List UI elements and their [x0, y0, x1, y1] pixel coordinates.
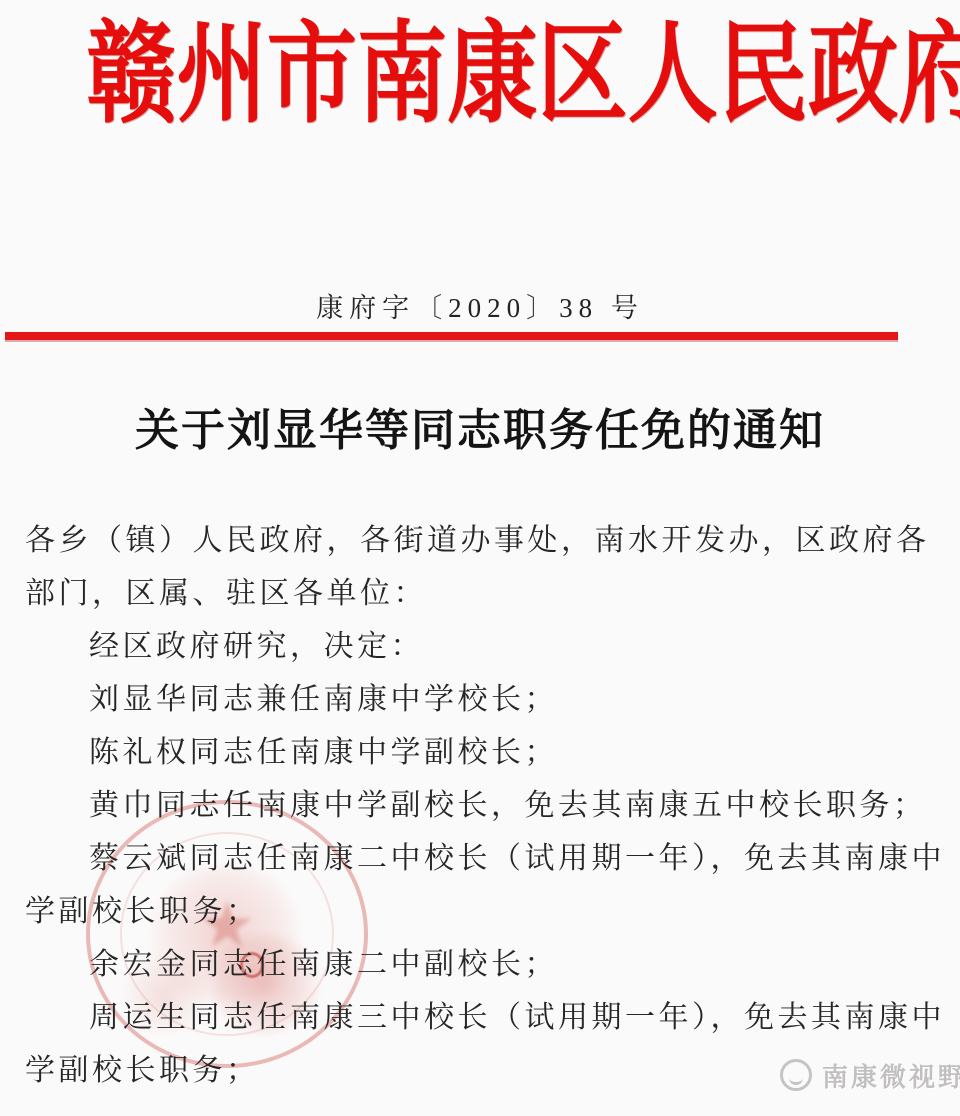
body-line: 学副校长职务； — [25, 885, 937, 938]
notice-title: 关于刘显华等同志职务任免的通知 — [0, 394, 960, 458]
notice-body: 各乡（镇）人民政府，各街道办事处，南水开发办，区政府各 部门，区属、驻区各单位：… — [25, 514, 937, 1097]
body-line: 经区政府研究，决定： — [25, 620, 937, 673]
channel-logo-icon — [780, 1059, 812, 1091]
body-line: 刘显华同志兼任南康中学校长； — [25, 673, 937, 726]
government-name: 赣州市南康区人民政府 — [86, 14, 960, 136]
body-line: 周运生同志任南康三中校长（试用期一年），免去其南康中 — [25, 991, 937, 1044]
body-line: 部门，区属、驻区各单位： — [25, 567, 937, 620]
body-line: 陈礼权同志任南康中学副校长； — [25, 726, 937, 779]
body-line: 黄巾同志任南康中学副校长，免去其南康五中校长职务； — [25, 779, 937, 832]
red-header-masthead: 赣州市南康区人民政府 — [86, 10, 873, 140]
scanned-government-notice: 赣州市南康区人民政府 康府字〔2020〕38 号 关于刘显华等同志职务任免的通知… — [0, 0, 960, 1116]
body-line: 余宏金同志任南康二中副校长； — [25, 938, 937, 991]
red-divider-line — [5, 332, 898, 340]
channel-watermark: 南康微视野 — [780, 1055, 960, 1095]
body-line: 各乡（镇）人民政府，各街道办事处，南水开发办，区政府各 — [25, 514, 937, 567]
watermark-label: 南康微视野 — [822, 1057, 960, 1094]
document-number: 康府字〔2020〕38 号 — [0, 286, 960, 325]
channel-logo-curve — [789, 1072, 803, 1085]
body-line: 蔡云斌同志任南康二中校长（试用期一年），免去其南康中 — [25, 832, 937, 885]
